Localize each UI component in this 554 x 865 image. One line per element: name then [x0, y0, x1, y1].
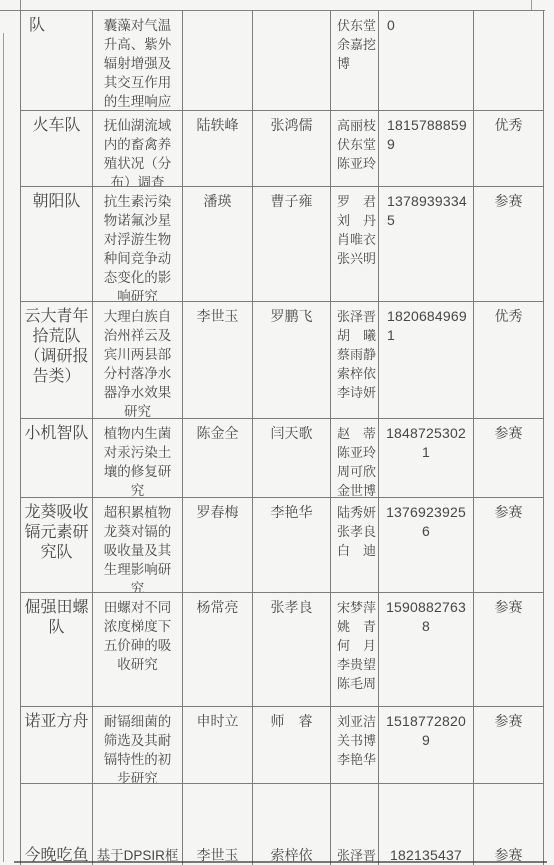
cutoff-previous-row-border-right: [531, 0, 532, 10]
member-name: 李诗妍: [337, 383, 378, 402]
project-title-line: 布）调查: [93, 173, 182, 187]
project-title-cell: 田螺对不同浓度梯度下五价砷的吸收研究: [93, 593, 183, 707]
members-cell: 伏东堂余嘉挖博: [331, 11, 379, 111]
leader-cell: 李艳华: [253, 498, 331, 593]
phone-number-line: 1590882763: [379, 598, 473, 617]
project-title-line: 物诺氟沙星: [93, 211, 182, 230]
project-title-line: 分村落净水: [93, 364, 182, 383]
award-cell: 优秀: [474, 111, 544, 187]
member-name: 赵 蒂: [337, 424, 378, 443]
project-title-line: 殖状况（分: [93, 154, 182, 173]
award-badge: 参赛: [474, 424, 543, 443]
leader-name: 曹子雍: [253, 192, 330, 211]
award-badge: 优秀: [474, 307, 543, 326]
member-name: 胡 曦: [337, 326, 378, 345]
award-cell: 参赛: [474, 707, 544, 784]
project-title-cell: 植物内生菌对汞污染土壤的修复研究: [93, 419, 183, 498]
advisor-name: 李世玉: [183, 307, 252, 326]
team-name-line: 究队: [21, 543, 92, 563]
leader-name: 师 睿: [253, 712, 330, 731]
member-name: 陈亚玲: [337, 154, 378, 173]
results-table: 队囊藻对气温升高、紫外辐射增强及其交互作用的生理响应伏东堂余嘉挖博0火车队抚仙湖…: [20, 11, 545, 865]
team-name-line: 队: [21, 618, 92, 638]
team-name-line: 队: [29, 16, 92, 36]
award-badge: 参赛: [474, 503, 543, 522]
team-name-cell: 火车队: [21, 111, 93, 187]
member-name: 姚 青: [337, 617, 378, 636]
award-cell: 参赛: [474, 593, 544, 707]
advisor-name: 罗春梅: [183, 503, 252, 522]
advisor-cell: 陆轶峰: [183, 111, 253, 187]
member-name: 肖唯衣: [337, 230, 378, 249]
members-cell: 张泽晋胡 曦蔡雨静索梓依李诗妍: [331, 302, 379, 419]
project-title-line: 抗生素污染: [93, 192, 182, 211]
team-name-line: 火车队: [21, 116, 92, 136]
member-name: 张兴明: [337, 249, 378, 268]
member-name: 关书博: [337, 731, 378, 750]
team-name-cell: 队: [21, 11, 93, 111]
team-name-cell: 朝阳队: [21, 187, 93, 302]
leader-name: 闫天歌: [253, 424, 330, 443]
members-cell: 刘亚洁关书博李艳华: [331, 707, 379, 784]
phone-cell: 13769239256: [379, 498, 474, 593]
team-name-cell: 龙葵吸收镉元素研究队: [21, 498, 93, 593]
phone-number-line: 5: [387, 211, 473, 230]
team-name-line: 告类）: [21, 367, 92, 387]
member-name: 刘 丹: [337, 211, 378, 230]
award-cell: 参赛: [474, 419, 544, 498]
member-name: 索梓依: [337, 364, 378, 383]
team-name-line: 诺亚方舟: [21, 712, 92, 732]
team-name-cell: 倔强田螺队: [21, 593, 93, 707]
member-name: 李贵望: [337, 655, 378, 674]
project-title-cell: 耐镉细菌的筛选及其耐镉特性的初步研究: [93, 707, 183, 784]
project-title-line: 升高、紫外: [93, 35, 182, 54]
phone-cell: 13789393345: [379, 187, 474, 302]
project-title-line: 吸收量及其: [93, 541, 182, 560]
member-name: 宋梦萍: [337, 598, 378, 617]
award-badge: 参赛: [474, 712, 543, 731]
member-name: 何 月: [337, 636, 378, 655]
phone-number-line: 9: [379, 731, 473, 750]
leader-name: 罗鹏飞: [253, 307, 330, 326]
leader-cell: 罗鹏飞: [253, 302, 331, 419]
phone-cell: 18206849691: [379, 302, 474, 419]
team-name-line: 朝阳队: [21, 192, 92, 212]
project-title-line: 囊藻对气温: [93, 16, 182, 35]
team-name-line: 拾荒队: [21, 327, 92, 347]
project-title-line: 辐射增强及: [93, 54, 182, 73]
leader-cell: 师 睿: [253, 707, 331, 784]
phone-cell: 0: [379, 11, 474, 111]
phone-number-line: 0: [387, 16, 473, 35]
team-name-line: 倔强田螺: [21, 598, 92, 618]
project-title-line: 筛选及其耐: [93, 731, 182, 750]
member-name: 高丽枝: [337, 116, 378, 135]
project-title-line: 镉特性的初: [93, 750, 182, 769]
team-name-cell: 小机智队: [21, 419, 93, 498]
leader-cell: 张鸿儒: [253, 111, 331, 187]
scanned-table-photo: 队囊藻对气温升高、紫外辐射增强及其交互作用的生理响应伏东堂余嘉挖博0火车队抚仙湖…: [0, 0, 554, 865]
phone-cell: 18487253021: [379, 419, 474, 498]
project-title-cell: 超积累植物龙葵对镉的吸收量及其生理影响研究: [93, 498, 183, 593]
phone-number-line: 1: [379, 443, 473, 462]
team-name-line: 云大青年: [21, 307, 92, 327]
team-name-line: 小机智队: [21, 424, 92, 444]
phone-number-line: 9: [387, 135, 473, 154]
project-title-cell: 基于DPSIR框: [93, 784, 183, 865]
leader-cell: 索梓依: [253, 784, 331, 865]
phone-number-line: 1848725302: [379, 424, 473, 443]
advisor-cell: 陈金全: [183, 419, 253, 498]
project-title-cell: 抗生素污染物诺氟沙星对浮游生物种间竞争动态变化的影响研究: [93, 187, 183, 302]
leader-cell: [253, 11, 331, 111]
leader-name: 张孝良: [253, 598, 330, 617]
phone-number-line: 6: [379, 522, 473, 541]
project-title-line: 龙葵对镉的: [93, 522, 182, 541]
award-cell: 参赛: [474, 784, 544, 865]
team-name-line: 龙葵吸收: [21, 503, 92, 523]
advisor-cell: 申时立: [183, 707, 253, 784]
advisor-cell: 杨常亮: [183, 593, 253, 707]
project-title-line: 五价砷的吸: [93, 636, 182, 655]
phone-number-line: 1820684969: [387, 307, 473, 326]
project-title-line: 田螺对不同: [93, 598, 182, 617]
members-cell: 赵 蒂陈亚玲周可欣金世博: [331, 419, 379, 498]
award-badge: 优秀: [474, 116, 543, 135]
advisor-cell: 罗春梅: [183, 498, 253, 593]
team-name-line: （调研报: [21, 347, 92, 367]
members-cell: 高丽枝伏东堂陈亚玲: [331, 111, 379, 187]
project-title-line: 其交互作用: [93, 73, 182, 92]
members-cell: 宋梦萍姚 青何 月李贵望陈毛周: [331, 593, 379, 707]
award-badge: 参赛: [474, 598, 543, 617]
project-title-line: 生理影响研: [93, 560, 182, 579]
member-name: 伏东堂: [337, 135, 378, 154]
phone-number-line: 1378939334: [387, 192, 473, 211]
project-title-line: 研究: [93, 402, 182, 419]
member-name: 伏东堂: [337, 16, 378, 35]
project-title-line: 对浮游生物: [93, 230, 182, 249]
member-name: 余嘉挖: [337, 35, 378, 54]
project-title-line: 壤的修复研: [93, 462, 182, 481]
project-title-line: 的生理响应: [93, 92, 182, 111]
phone-number-line: 1815788859: [387, 116, 473, 135]
members-cell: 罗 君刘 丹肖唯衣张兴明: [331, 187, 379, 302]
project-title-line: 超积累植物: [93, 503, 182, 522]
project-title-cell: 大理白族自治州祥云及宾川两县部分村落净水器净水效果研究: [93, 302, 183, 419]
award-badge: 参赛: [474, 192, 543, 211]
award-cell: 参赛: [474, 187, 544, 302]
phone-cell: 182135437: [379, 784, 474, 865]
team-name-cell: 今晚吃鱼: [21, 784, 93, 865]
project-title-line: 对汞污染土: [93, 443, 182, 462]
leader-name: 张鸿儒: [253, 116, 330, 135]
project-title-line: 宾川两县部: [93, 345, 182, 364]
advisor-name: 陆轶峰: [183, 116, 252, 135]
leader-cell: 闫天歌: [253, 419, 331, 498]
advisor-name: 杨常亮: [183, 598, 252, 617]
project-title-line: 耐镉细菌的: [93, 712, 182, 731]
project-title-line: 究: [93, 481, 182, 498]
team-name-cell: 诺亚方舟: [21, 707, 93, 784]
project-title-line: 大理白族自: [93, 307, 182, 326]
award-cell: 优秀: [474, 302, 544, 419]
advisor-cell: 李世玉: [183, 784, 253, 865]
member-name: 刘亚洁: [337, 712, 378, 731]
project-title-line: 浓度梯度下: [93, 617, 182, 636]
phone-cell: 18157888599: [379, 111, 474, 187]
phone-number-line: 1518772820: [379, 712, 473, 731]
photo-bottom-edge: [14, 861, 547, 863]
project-title-line: 抚仙湖流域: [93, 116, 182, 135]
members-cell: 张泽晋: [331, 784, 379, 865]
project-title-line: 收研究: [93, 655, 182, 674]
leader-name: 李艳华: [253, 503, 330, 522]
members-cell: 陆秀妍张孝良白 迪: [331, 498, 379, 593]
cutoff-previous-row-border-left: [20, 0, 21, 10]
project-title-cell: 囊藻对气温升高、紫外辐射增强及其交互作用的生理响应: [93, 11, 183, 111]
member-name: 蔡雨静: [337, 345, 378, 364]
member-name: 博: [337, 54, 378, 73]
member-name: 陈毛周: [337, 674, 378, 693]
member-name: 张泽晋: [337, 307, 378, 326]
advisor-cell: 潘瑛: [183, 187, 253, 302]
project-title-cell: 抚仙湖流域内的畜禽养殖状况（分布）调查: [93, 111, 183, 187]
leader-cell: 曹子雍: [253, 187, 331, 302]
member-name: 李艳华: [337, 750, 378, 769]
team-name-cell: 云大青年拾荒队（调研报告类）: [21, 302, 93, 419]
leader-cell: 张孝良: [253, 593, 331, 707]
phone-cell: 15187728209: [379, 707, 474, 784]
advisor-name: 潘瑛: [183, 192, 252, 211]
advisor-cell: [183, 11, 253, 111]
phone-number-line: 1: [387, 326, 473, 345]
phone-number-line: 8: [379, 617, 473, 636]
award-cell: [474, 11, 544, 111]
project-title-line: 内的畜禽养: [93, 135, 182, 154]
member-name: 张孝良: [337, 522, 378, 541]
project-title-line: 究: [93, 579, 182, 593]
advisor-name: 申时立: [183, 712, 252, 731]
phone-number-line: 1376923925: [379, 503, 473, 522]
member-name: 罗 君: [337, 192, 378, 211]
member-name: 金世博: [337, 481, 378, 498]
phone-cell: 15908827638: [379, 593, 474, 707]
project-title-line: 种间竞争动: [93, 249, 182, 268]
member-name: 陆秀妍: [337, 503, 378, 522]
project-title-line: 器净水效果: [93, 383, 182, 402]
cutoff-left-column-border: [3, 33, 4, 862]
team-name-line: 镉元素研: [21, 523, 92, 543]
member-name: 周可欣: [337, 462, 378, 481]
project-title-line: 治州祥云及: [93, 326, 182, 345]
advisor-name: 陈金全: [183, 424, 252, 443]
member-name: 陈亚玲: [337, 443, 378, 462]
member-name: 白 迪: [337, 541, 378, 560]
project-title-line: 态变化的影: [93, 268, 182, 287]
advisor-cell: 李世玉: [183, 302, 253, 419]
project-title-line: 植物内生菌: [93, 424, 182, 443]
project-title-line: 响研究: [93, 287, 182, 302]
award-cell: 参赛: [474, 498, 544, 593]
project-title-line: 步研究: [93, 769, 182, 784]
